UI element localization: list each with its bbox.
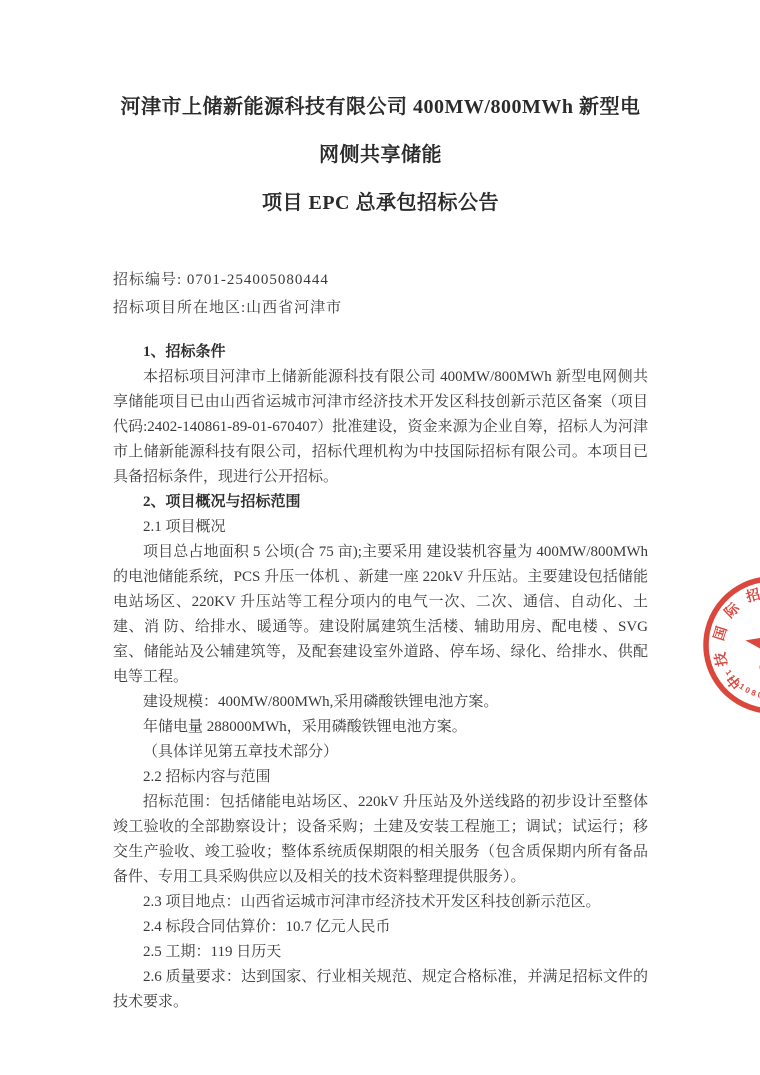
document-paragraph: 2.3 项目地点：山西省运城市河津市经济技术开发区科技创新示范区。 [113,890,648,915]
document-paragraph: 建设规模：400MW/800MWh,采用磷酸铁锂电池方案。 [113,690,648,715]
document-paragraph: 2.2 招标内容与范围 [113,765,648,790]
document-body: 1、招标条件 本招标项目河津市上储新能源科技有限公司 400MW/800MWh … [113,340,648,1015]
document-meta: 招标编号: 0701-254005080444 招标项目所在地区:山西省河津市 [113,266,648,322]
document-paragraph: 招标范围：包括储能电站场区、220kV 升压站及外送线路的初步设计至整体竣工验收… [113,790,648,890]
meta-line: 招标编号: 0701-254005080444 [113,266,648,294]
document-paragraph: 年储电量 288000MWh，采用磷酸铁锂电池方案。 [113,715,648,740]
document-paragraph: 项目总占地面积 5 公顷(合 75 亩);主要采用 建设装机容量为 400MW/… [113,540,648,690]
official-seal: 中技国际招标有限公司 1101080 [659,532,760,758]
document-paragraph: 2.5 工期：119 日历天 [113,940,648,965]
title-line-1: 河津市上储新能源科技有限公司 400MW/800MWh 新型电网侧共享储能 [113,83,648,179]
document-paragraph: 2.1 项目概况 [113,515,648,540]
document-paragraph: 本招标项目河津市上储新能源科技有限公司 400MW/800MWh 新型电网侧共享… [113,365,648,490]
document-paragraph: （具体详见第五章技术部分） [113,740,648,765]
document-title: 河津市上储新能源科技有限公司 400MW/800MWh 新型电网侧共享储能 项目… [113,83,648,227]
document-page: 河津市上储新能源科技有限公司 400MW/800MWh 新型电网侧共享储能 项目… [0,0,760,1075]
document-paragraph: 1、招标条件 [113,340,648,365]
title-line-2: 项目 EPC 总承包招标公告 [113,179,648,227]
document-paragraph: 2.4 标段合同估算价：10.7 亿元人民币 [113,915,648,940]
document-paragraph: 2、项目概况与招标范围 [113,490,648,515]
meta-line: 招标项目所在地区:山西省河津市 [113,294,648,322]
document-paragraph: 2.6 质量要求：达到国家、行业相关规范、规定合格标准，并满足招标文件的技术要求… [113,965,648,1015]
seal-star-icon [743,615,760,670]
